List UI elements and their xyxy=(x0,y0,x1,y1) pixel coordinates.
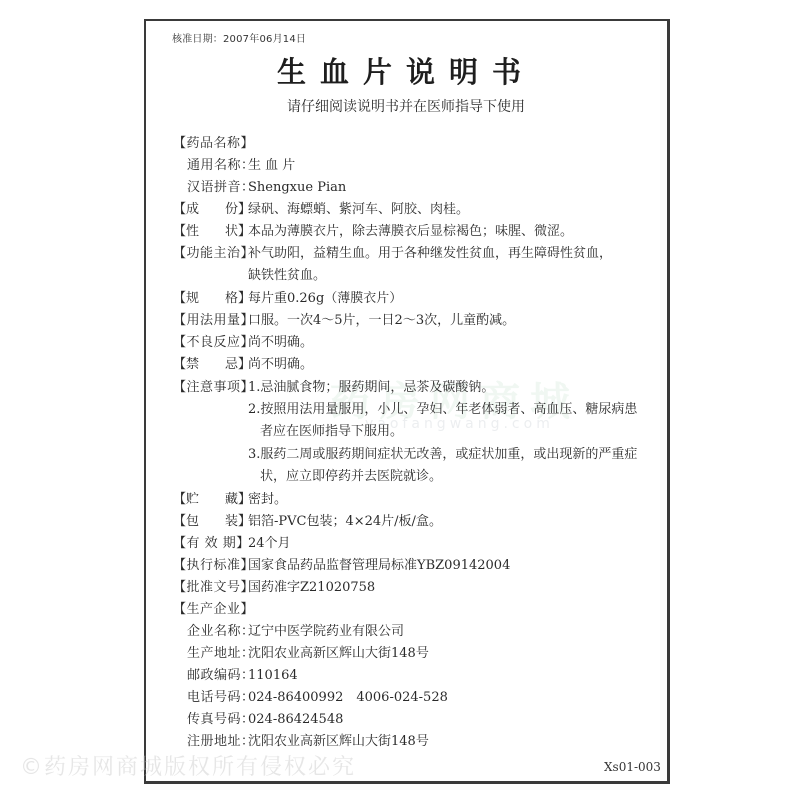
field-value: Shengxue Pian xyxy=(248,177,346,199)
section-value: 每片重0.26g（薄膜衣片） xyxy=(248,288,402,310)
precaution-item-3: 3.服药二周或服药期间症状无改善，或症状加重，或出现新的严重症 xyxy=(248,444,637,466)
section-validity: 【有 效 期】24个月 xyxy=(173,533,291,555)
section-label: 【禁 忌】 xyxy=(173,354,248,376)
section-label: 【批准文号】 xyxy=(173,577,248,599)
section-label: 【性 状】 xyxy=(173,221,248,243)
field-production-address: 生产地址：沈阳农业高新区辉山大街148号 xyxy=(173,643,429,665)
field-phone: 电话号码：024-86400992 4006-024-528 xyxy=(173,687,448,709)
field-label: 注册地址： xyxy=(173,731,248,753)
field-value: 110164 xyxy=(248,665,298,687)
field-label: 企业名称： xyxy=(173,621,248,643)
section-label: 【功能主治】 xyxy=(173,243,248,265)
field-value: 024-86400992 4006-024-528 xyxy=(248,687,448,709)
section-label: 【贮 藏】 xyxy=(173,489,248,511)
section-storage: 【贮 藏】密封。 xyxy=(173,489,287,511)
approval-date: 核准日期：2007年06月14日 xyxy=(172,30,306,45)
field-label: 邮政编码： xyxy=(173,665,248,687)
precaution-item-1: 1.忌油腻食物；服药期间，忌茶及碳酸钠。 xyxy=(248,377,494,399)
section-value: 补气助阳，益精生血。用于各种继发性贫血，再生障碍性贫血， xyxy=(248,243,612,265)
section-contraindications: 【禁 忌】尚不明确。 xyxy=(173,354,313,376)
section-drug-name: 【药品名称】 xyxy=(173,133,248,155)
section-value: 铝箔-PVC包装；4×24片/板/盒。 xyxy=(248,511,442,533)
section-package: 【包 装】铝箔-PVC包装；4×24片/板/盒。 xyxy=(173,511,442,533)
section-value: 绿矾、海螵蛸、紫河车、阿胶、肉桂。 xyxy=(248,199,469,221)
section-value: 国药准字Z21020758 xyxy=(248,577,375,599)
section-label: 【生产企业】 xyxy=(173,599,248,621)
section-label: 【执行标准】 xyxy=(173,555,248,577)
section-dosage: 【用法用量】口服。一次4～5片，一日2～3次，儿童酌减。 xyxy=(173,310,515,332)
precaution-item-3-continuation: 状，应立即停药并去医院就诊。 xyxy=(260,466,442,488)
document-code: Xs01-003 xyxy=(604,760,661,774)
section-label: 【规 格】 xyxy=(173,288,248,310)
field-value: 024-86424548 xyxy=(248,709,343,731)
section-value: 国家食品药品监督管理局标准YBZ09142004 xyxy=(248,555,510,577)
section-manufacturer: 【生产企业】 xyxy=(173,599,248,621)
section-label: 【不良反应】 xyxy=(173,332,248,354)
section-approval-number: 【批准文号】国药准字Z21020758 xyxy=(173,577,375,599)
field-label: 电话号码： xyxy=(173,687,248,709)
document-title: 生血片说明书 xyxy=(144,50,668,91)
section-label: 【药品名称】 xyxy=(173,133,248,155)
section-precautions: 【注意事项】1.忌油腻食物；服药期间，忌茶及碳酸钠。 xyxy=(173,377,494,399)
section-value: 密封。 xyxy=(248,489,287,511)
field-value: 生 血 片 xyxy=(248,155,295,177)
section-label: 【有 效 期】 xyxy=(173,533,248,555)
field-value: 沈阳农业高新区辉山大街148号 xyxy=(248,643,429,665)
field-company-name: 企业名称：辽宁中医学院药业有限公司 xyxy=(173,621,404,643)
field-registered-address: 注册地址：沈阳农业高新区辉山大街148号 xyxy=(173,731,429,753)
field-generic-name: 通用名称：生 血 片 xyxy=(173,155,295,177)
section-appearance: 【性 状】本品为薄膜衣片，除去薄膜衣后显棕褐色；味腥、微涩。 xyxy=(173,221,573,243)
section-label: 【注意事项】 xyxy=(173,377,248,399)
section-value: 口服。一次4～5片，一日2～3次，儿童酌减。 xyxy=(248,310,515,332)
section-standard: 【执行标准】国家食品药品监督管理局标准YBZ09142004 xyxy=(173,555,510,577)
field-fax: 传真号码：024-86424548 xyxy=(173,709,343,731)
section-specification: 【规 格】每片重0.26g（薄膜衣片） xyxy=(173,288,402,310)
field-pinyin: 汉语拼音：Shengxue Pian xyxy=(173,177,346,199)
section-adverse-reactions: 【不良反应】尚不明确。 xyxy=(173,332,313,354)
field-label: 生产地址： xyxy=(173,643,248,665)
section-value: 24个月 xyxy=(248,533,291,555)
section-value: 本品为薄膜衣片，除去薄膜衣后显棕褐色；味腥、微涩。 xyxy=(248,221,573,243)
document-subtitle: 请仔细阅读说明书并在医师指导下使用 xyxy=(144,96,668,116)
precaution-item-2-continuation: 者应在医师指导下服用。 xyxy=(260,421,403,443)
section-label: 【包 装】 xyxy=(173,511,248,533)
section-indications: 【功能主治】补气助阳，益精生血。用于各种继发性贫血，再生障碍性贫血， xyxy=(173,243,612,265)
field-label: 通用名称： xyxy=(173,155,248,177)
section-value: 尚不明确。 xyxy=(248,332,313,354)
field-value: 沈阳农业高新区辉山大街148号 xyxy=(248,731,429,753)
indications-continuation: 缺铁性贫血。 xyxy=(248,265,326,287)
precaution-item-2: 2.按照用法用量服用，小儿、孕妇、年老体弱者、高血压、糖尿病患 xyxy=(248,399,637,421)
section-ingredients: 【成 份】绿矾、海螵蛸、紫河车、阿胶、肉桂。 xyxy=(173,199,469,221)
field-postal-code: 邮政编码：110164 xyxy=(173,665,298,687)
field-label: 汉语拼音： xyxy=(173,177,248,199)
section-label: 【用法用量】 xyxy=(173,310,248,332)
field-label: 传真号码： xyxy=(173,709,248,731)
section-label: 【成 份】 xyxy=(173,199,248,221)
section-value: 尚不明确。 xyxy=(248,354,313,376)
field-value: 辽宁中医学院药业有限公司 xyxy=(248,621,404,643)
